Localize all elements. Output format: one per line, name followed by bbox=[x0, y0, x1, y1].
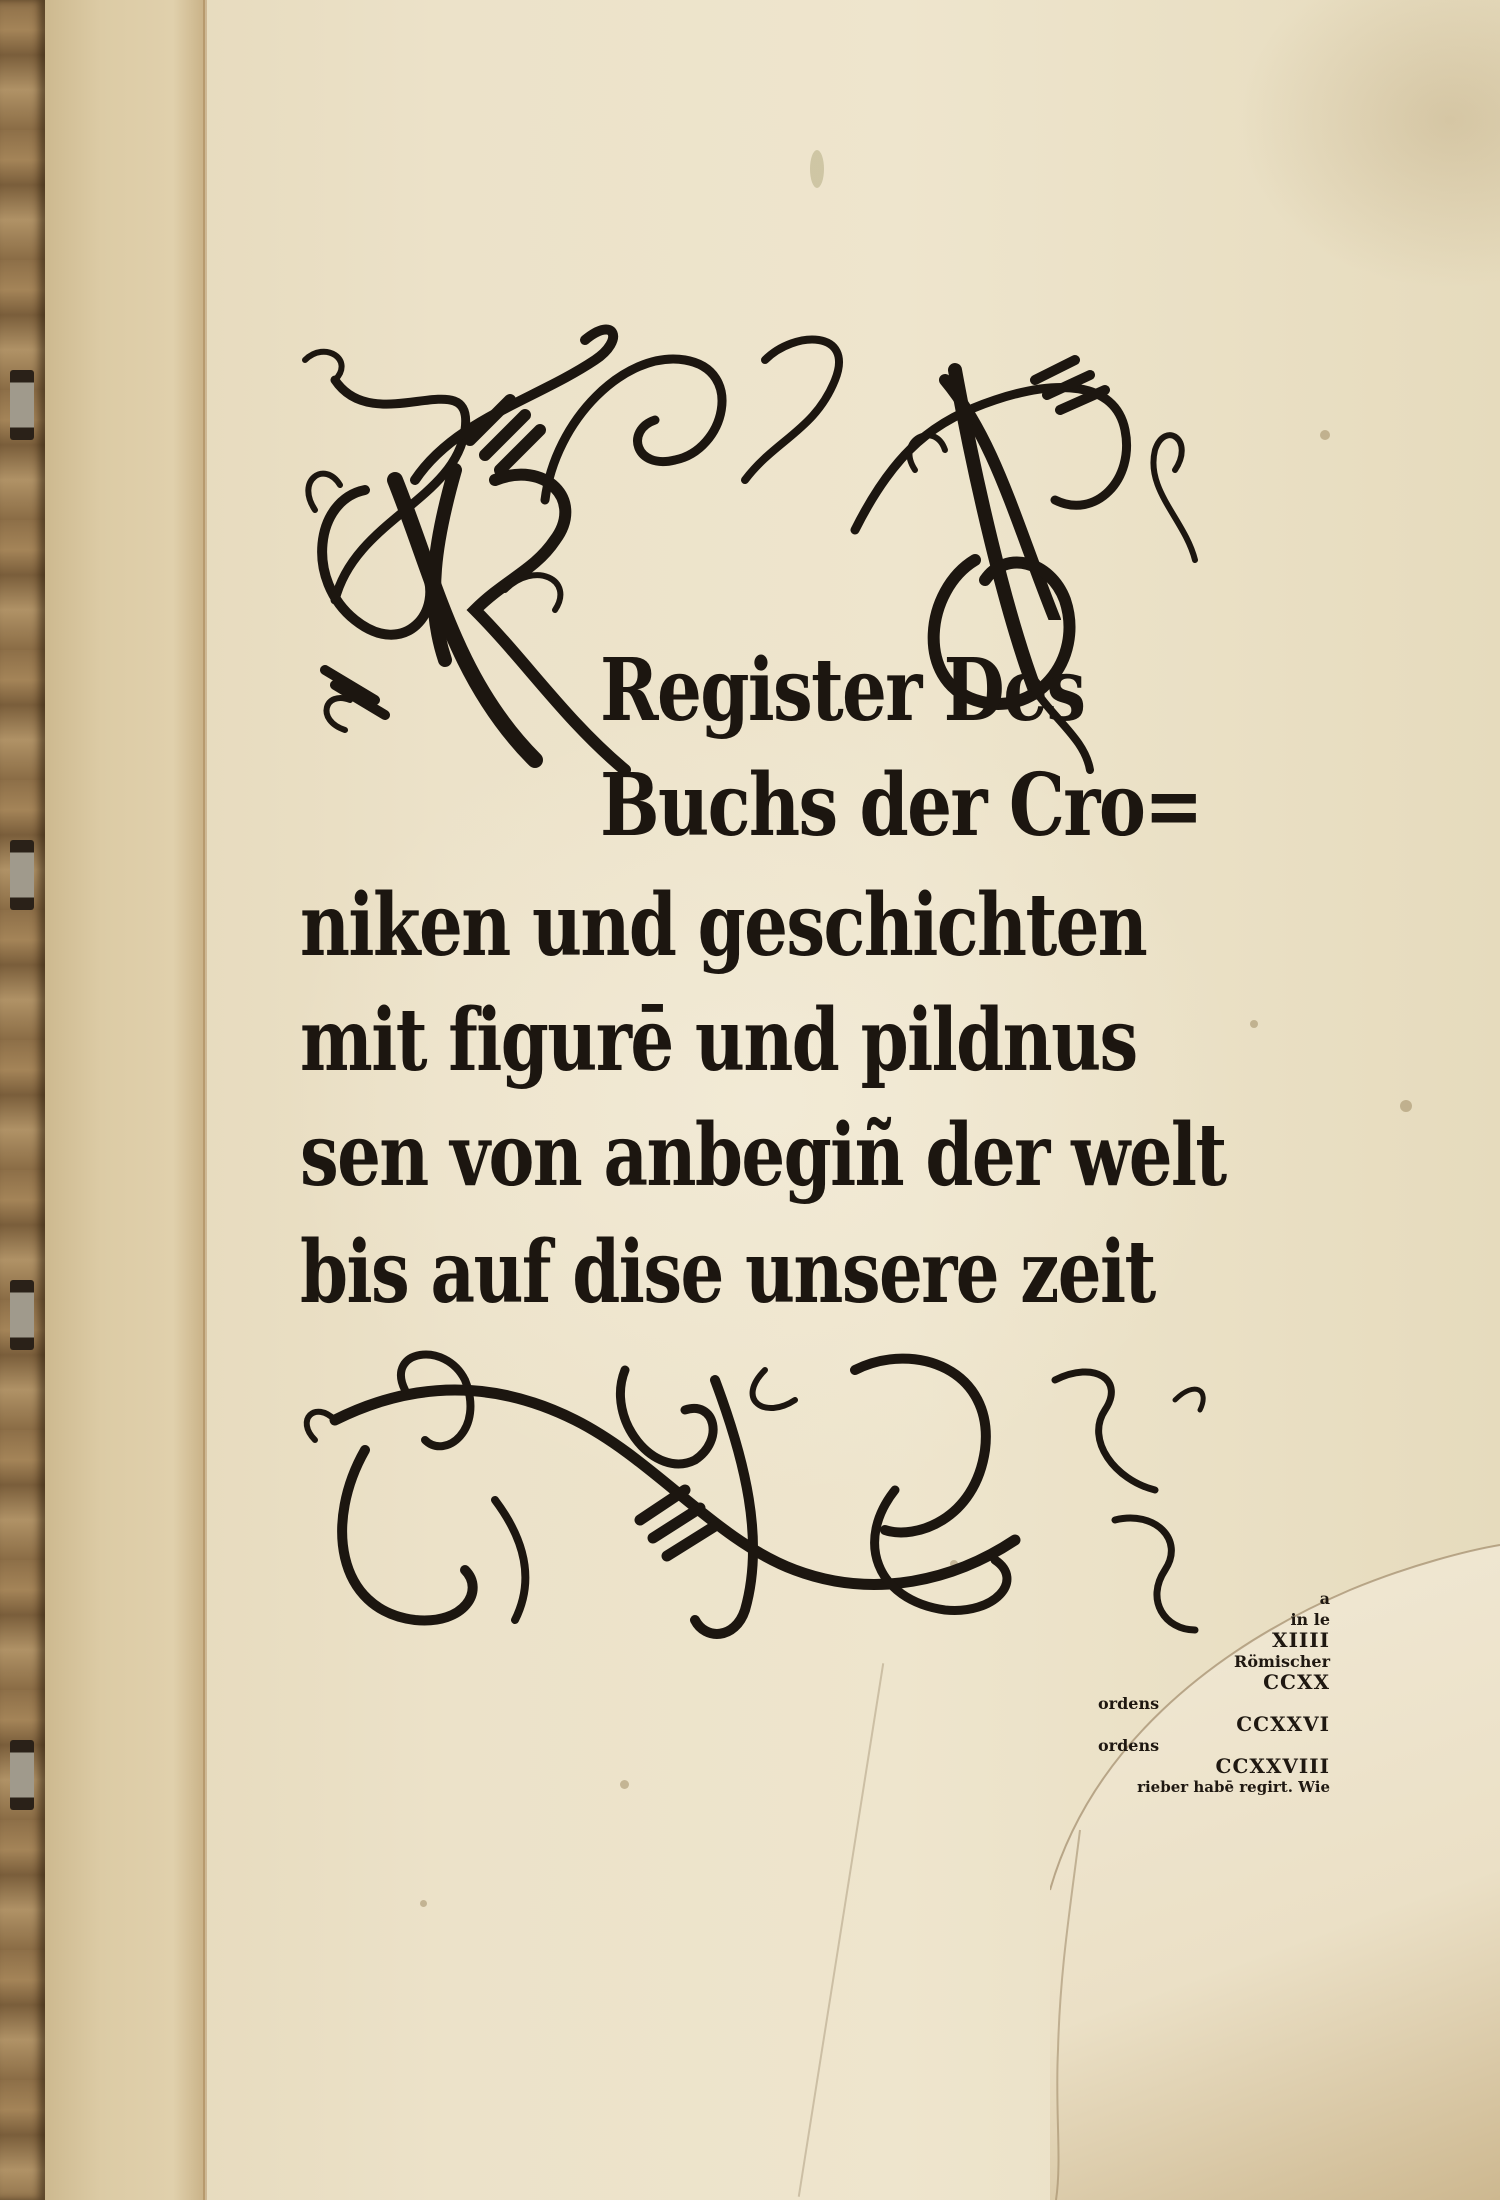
stain bbox=[1400, 1100, 1412, 1112]
fragment-folio-number: CCXXVI bbox=[1090, 1714, 1330, 1735]
paper-fold bbox=[205, 0, 207, 2200]
stain bbox=[1320, 430, 1330, 440]
title-line-3: niken und geschichten bbox=[300, 875, 1146, 976]
title-line-4: mit figurē und pildnus bbox=[300, 990, 1137, 1091]
paper-crease bbox=[798, 1663, 884, 2197]
fragment-line: rieber habē regirt. Wie bbox=[1090, 1777, 1330, 1798]
binding-clasp bbox=[10, 370, 34, 440]
stain bbox=[620, 1780, 629, 1789]
book-page: a in le XIIII Römischer CCXX ordens CCXX… bbox=[0, 0, 1500, 2200]
stain bbox=[810, 150, 824, 188]
fragment-folio-number: CCXX bbox=[1090, 1672, 1330, 1693]
fragment-line: Römischer bbox=[1090, 1651, 1330, 1672]
binding-clasp bbox=[10, 1280, 34, 1350]
decorated-initial-r bbox=[305, 460, 635, 790]
title-line-5: sen von anbegiñ der welt bbox=[300, 1105, 1226, 1206]
fragment-line: ordens bbox=[1090, 1693, 1330, 1714]
title-line-1: Register Des bbox=[600, 640, 1084, 741]
binding-clasp bbox=[10, 1740, 34, 1810]
calligraphic-title: Register Des Buchs der Cro= niken und ge… bbox=[295, 320, 1215, 1640]
title-line-6: bis auf dise unsere zeit bbox=[300, 1222, 1155, 1323]
fragment-line: ordens bbox=[1090, 1735, 1330, 1756]
stain bbox=[1250, 1020, 1258, 1028]
book-binding bbox=[0, 0, 45, 2200]
page-gutter bbox=[45, 0, 205, 2200]
stain bbox=[420, 1900, 427, 1907]
title-line-2: Buchs der Cro= bbox=[600, 755, 1202, 856]
binding-clasp bbox=[10, 840, 34, 910]
fragment-folio-number: CCXXVIII bbox=[1090, 1756, 1330, 1777]
bottom-flourish-ornament bbox=[295, 1340, 1215, 1650]
